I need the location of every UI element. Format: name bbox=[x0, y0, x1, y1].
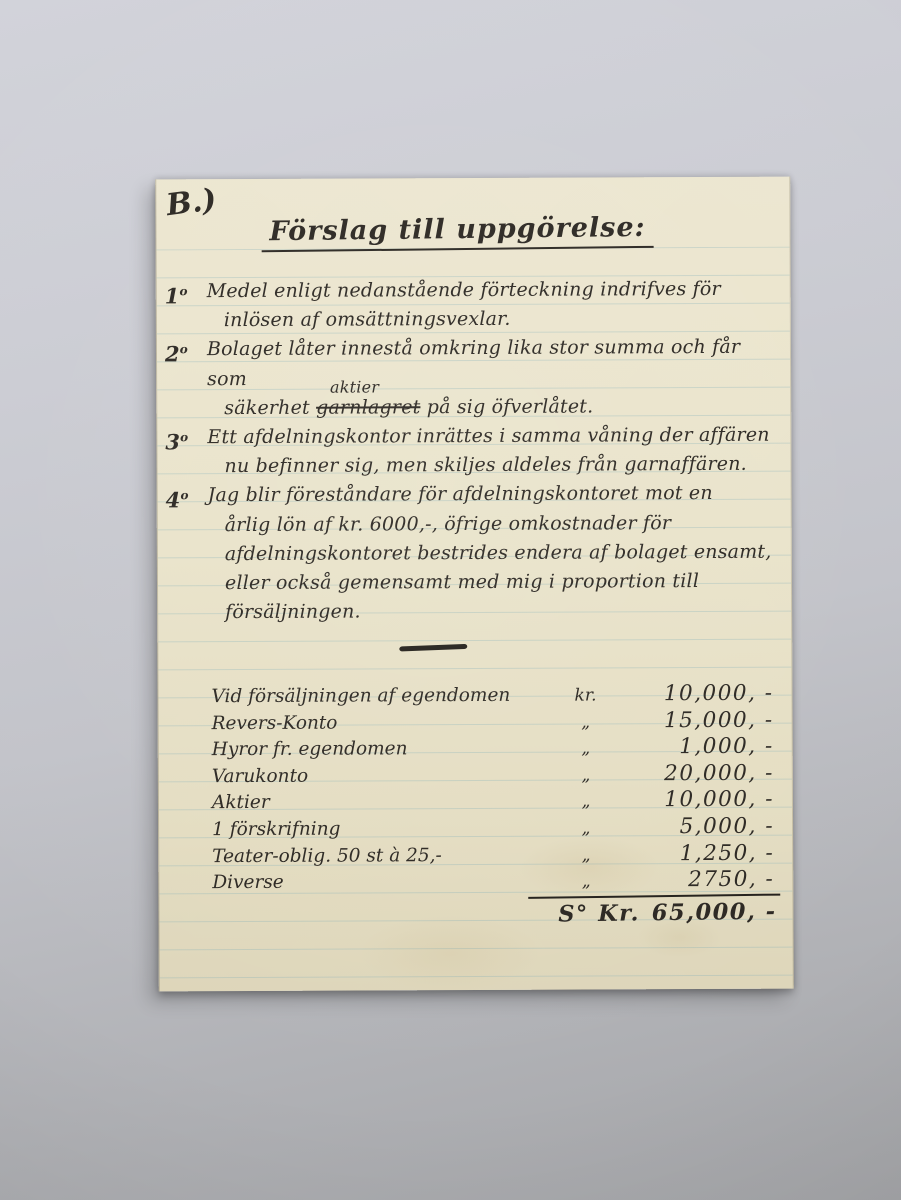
item-1-line-2: inlösen af omsättningsvexlar. bbox=[207, 304, 785, 336]
table-row: Revers-Konto „ 15,000, - bbox=[167, 707, 780, 736]
item-3-line-1: Ett afdelningskontor inrättes i samma vå… bbox=[207, 421, 785, 453]
item-1-line-1: Medel enligt nedanstående förteckning in… bbox=[207, 275, 785, 307]
item-4-line-4: eller också gemensamt med mig i proporti… bbox=[208, 567, 786, 599]
item-4: 4o Jag blir föreståndare för afdelningsk… bbox=[166, 479, 787, 628]
amounts-table: Vid försäljningen af egendomen kr. 10,00… bbox=[166, 681, 780, 928]
table-row: 1 förskrifning „ 5,000, - bbox=[167, 814, 780, 843]
item-4-marker: 4o bbox=[166, 482, 209, 628]
item-4-line-1: Jag blir föreståndare för afdelningskont… bbox=[208, 479, 786, 511]
table-row: Varukonto „ 20,000, - bbox=[167, 760, 780, 789]
item-4-line-5: försäljningen. bbox=[208, 596, 786, 628]
row-amount: 2750, - bbox=[604, 867, 780, 893]
row-label: Revers-Konto bbox=[167, 711, 568, 734]
row-amount: 1,000, - bbox=[604, 734, 780, 760]
numbered-items: 1o Medel enligt nedanstående förteckning… bbox=[165, 275, 787, 628]
table-row: Teater-oblig. 50 st à 25,- „ 1,250, - bbox=[167, 840, 780, 869]
row-label: 1 förskrifning bbox=[167, 818, 568, 841]
currency-label: kr. bbox=[567, 685, 603, 705]
ditto-mark: „ bbox=[568, 765, 604, 785]
row-label: Diverse bbox=[167, 871, 568, 894]
row-label: Aktier bbox=[167, 791, 568, 814]
row-label: Teater-oblig. 50 st à 25,- bbox=[167, 844, 568, 867]
item-3-marker: 3o bbox=[165, 423, 207, 482]
photo-background: B.) Förslag till uppgörelse: 1o Medel en… bbox=[0, 0, 901, 1200]
total-amount: 65,000, - bbox=[652, 898, 777, 926]
item-1-text: Medel enligt nedanstående förteckning in… bbox=[207, 275, 785, 336]
ditto-mark: „ bbox=[568, 818, 604, 838]
total-row: S° Kr. 65,000, - bbox=[167, 894, 780, 928]
row-amount: 15,000, - bbox=[604, 707, 780, 733]
item-1: 1o Medel enligt nedanstående förteckning… bbox=[165, 275, 785, 336]
item-2-text: Bolaget låter innestå omkring lika stor … bbox=[207, 333, 785, 423]
item-4-line-2: årlig lön af kr. 6000,-, öfrige omkostna… bbox=[208, 508, 786, 540]
total-sum: S° Kr. 65,000, - bbox=[528, 893, 780, 927]
row-label: Hyror fr. egendomen bbox=[167, 738, 568, 761]
table-row: Vid försäljningen af egendomen kr. 10,00… bbox=[166, 681, 779, 710]
item-4-line-3: afdelningskontoret bestrides endera af b… bbox=[208, 537, 786, 569]
table-row: Hyror fr. egendomen „ 1,000, - bbox=[167, 734, 780, 763]
item-3: 3o Ett afdelningskontor inrättes i samma… bbox=[165, 421, 785, 482]
item-2-line-1: Bolaget låter innestå omkring lika stor … bbox=[207, 333, 785, 394]
item-4-text: Jag blir föreståndare för afdelningskont… bbox=[208, 479, 787, 628]
ditto-mark: „ bbox=[568, 739, 604, 759]
ditto-mark: „ bbox=[568, 792, 604, 812]
row-amount: 10,000, - bbox=[603, 681, 779, 707]
ditto-mark: „ bbox=[568, 712, 604, 732]
item-2: 2o Bolaget låter innestå omkring lika st… bbox=[165, 333, 785, 423]
table-row: Diverse „ 2750, - bbox=[167, 867, 780, 896]
document-paper: B.) Förslag till uppgörelse: 1o Medel en… bbox=[155, 177, 794, 992]
document-title: Förslag till uppgörelse: bbox=[262, 212, 654, 252]
item-2-marker: 2o bbox=[165, 336, 207, 424]
row-amount: 5,000, - bbox=[604, 814, 780, 840]
inserted-correction: aktier bbox=[330, 379, 379, 395]
item-1-marker: 1o bbox=[165, 277, 207, 336]
row-amount: 10,000, - bbox=[604, 787, 780, 813]
row-amount: 20,000, - bbox=[604, 760, 780, 786]
row-amount: 1,250, - bbox=[604, 840, 780, 866]
ditto-mark: „ bbox=[568, 872, 604, 892]
struck-word: garnlagretaktier bbox=[316, 396, 420, 418]
table-row: Aktier „ 10,000, - bbox=[167, 787, 780, 816]
title-wrap: Förslag till uppgörelse: bbox=[156, 213, 789, 252]
item-2-line-2: säkerhet garnlagretaktier på sig öfverlå… bbox=[207, 391, 785, 423]
ditto-mark: „ bbox=[568, 845, 604, 865]
section-divider bbox=[399, 644, 467, 652]
item-3-line-2: nu befinner sig, men skiljes aldeles frå… bbox=[207, 450, 785, 482]
row-label: Vid försäljningen af egendomen bbox=[166, 685, 567, 708]
total-label: S° Kr. bbox=[558, 900, 640, 927]
item-3-text: Ett afdelningskontor inrättes i samma vå… bbox=[207, 421, 785, 482]
row-label: Varukonto bbox=[167, 764, 568, 787]
